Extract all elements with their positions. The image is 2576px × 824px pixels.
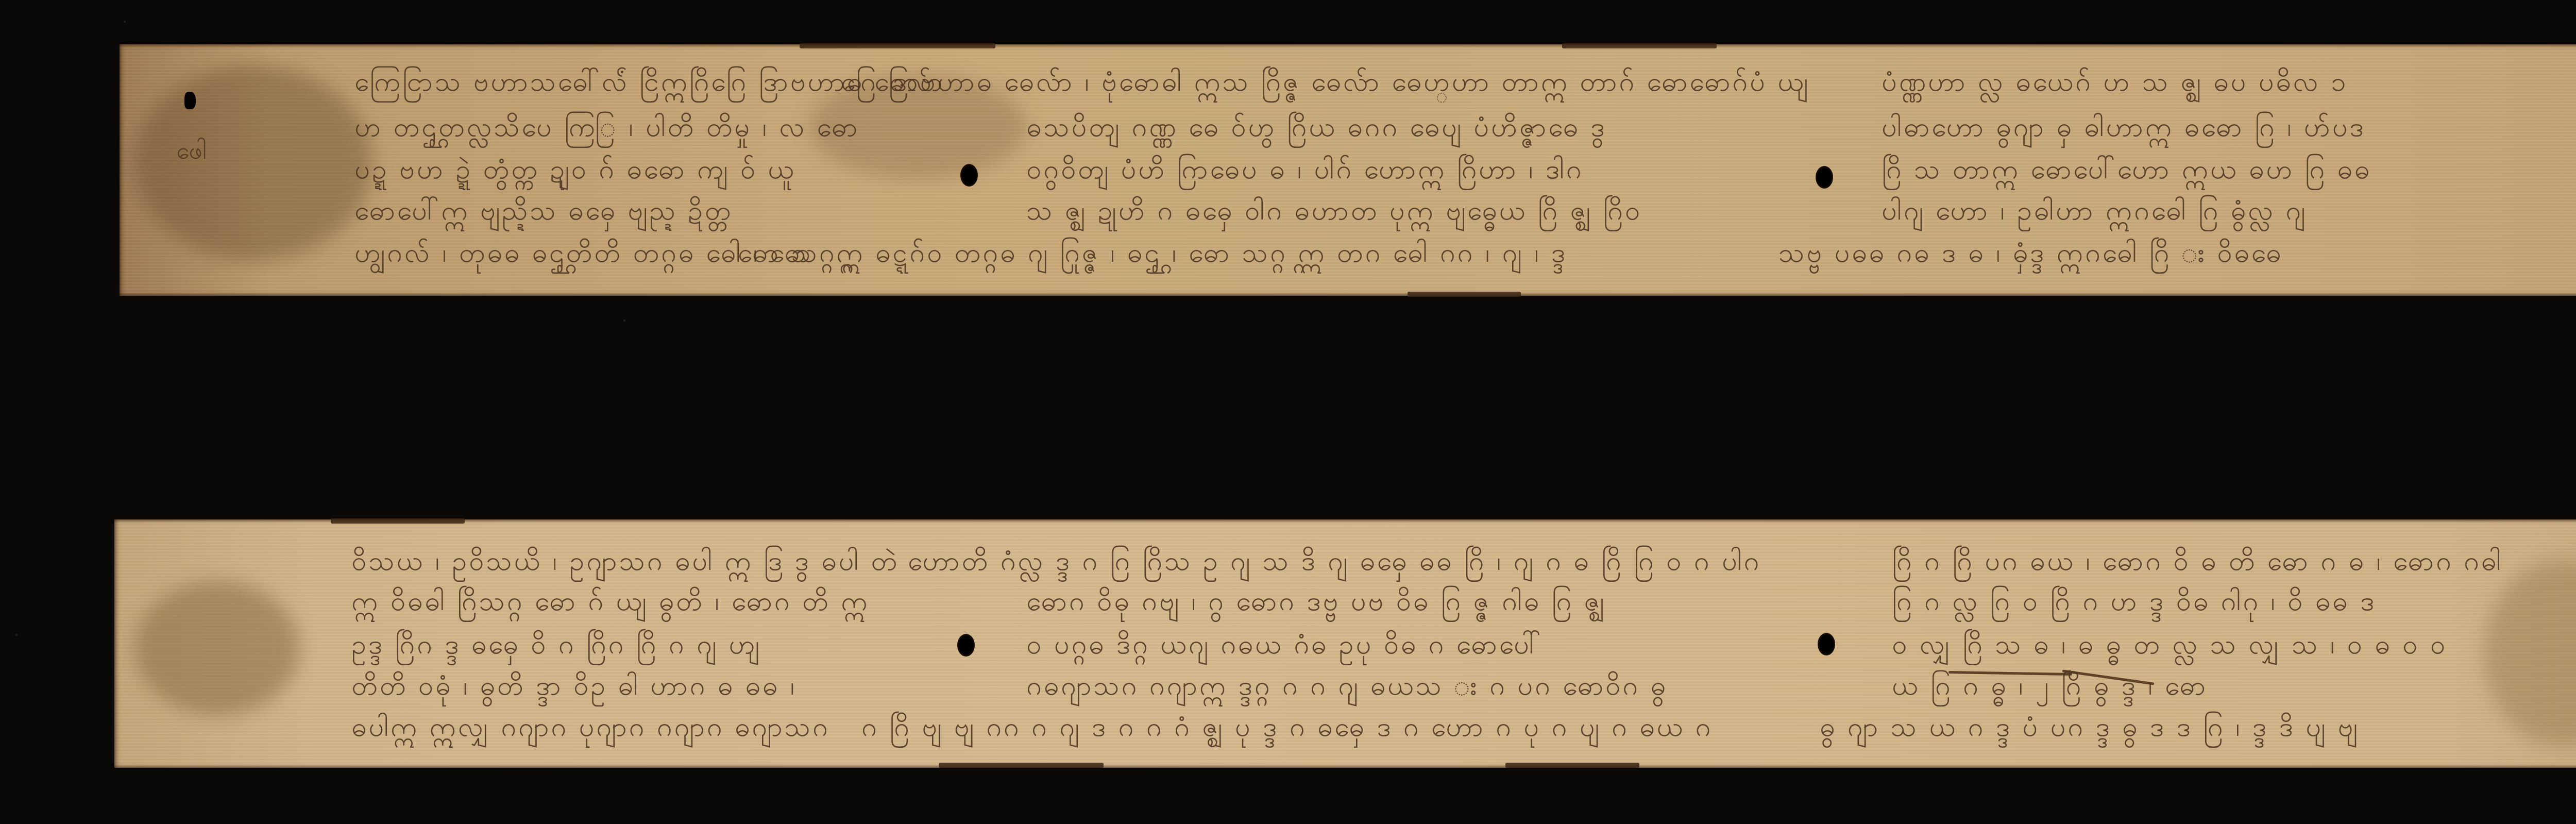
- background-speck: [124, 21, 126, 23]
- background-speck: [15, 634, 18, 636]
- stain: [2484, 561, 2576, 746]
- manuscript-line: ဂြိ သ တာဣ ဓောပေါ်ဟော ဣယ ဓဟ ဂြ ဓဓ: [1882, 153, 2371, 192]
- manuscript-line: သ ဇ္ဈ ဍုဟိ ဂ ဓဓှေ ဝါဂ ဓဟာတ ပုဣ ဗျဓ္ဓေယ ဂ…: [1026, 194, 1642, 233]
- manuscript-line: ဓောဂ ဝိဓု ဂဗျ ၊ ဂွ ဓောဂ ဒဗ္ဗ ပဗ ဝိဓ ဂြ ဇ…: [1026, 584, 1606, 624]
- edge-damage: [331, 518, 465, 524]
- folio-marker: ဖေါ: [176, 136, 207, 171]
- manuscript-line: ဂ ဂြိ ဗျ ဗျ ဂဂ ဂ ဂျ ဒ ဂ ဂ ဂံ ဇ္ဈ ပု ဒ္ဒ …: [861, 710, 1713, 749]
- edge-damage: [1408, 292, 1521, 297]
- manuscript-line: ဓပါဣ ဣလျှ ဂဂျာဂ ပုဂျာဂ ဂဂျာဂ ဓဂျာသဂ: [351, 710, 830, 749]
- damage-hole: [184, 92, 196, 109]
- manuscript-line: ဂြ ဂ လ္လ ဂြ ဝ ဂြိ ဂ ဟ ဒ္ဒ ဝိဓ ဂါဂု ၊ ဝိ …: [1892, 584, 2376, 624]
- binding-hole: [1816, 166, 1833, 189]
- stain: [135, 581, 300, 715]
- manuscript-line: ဝဂွဝိတျ ပံဟိ ဂြာဓေပ ဓ ၊ ပါဂ် ဟောဣ ဂြိဟာ …: [1026, 153, 1583, 192]
- manuscript-line: ဂြေ ဒြာဗဟာဓ ဓေလ်ာ ၊ ဗုံဓောဓါ ဣသ ဂြိဇ္ဇ ဓ…: [841, 65, 1810, 104]
- binding-hole: [957, 634, 975, 657]
- manuscript-line: ဥဒ္ဒ ဂြိဂ ဒ္ဒ ဓဓှေ ဝိ ဂ ဂြိဂ ဂြိ ဂ ဂျ ဟျ: [351, 628, 761, 667]
- manuscript-line: ဣ ဝိဓဓါ ဂြိသဂ္ဂ ဓော ဂ် ယျ ဓွတိ ၊ ဓောဂ တိ…: [351, 584, 869, 624]
- manuscript-line: ဝ ပဂ္ဂဓ ဒိဂ္ဂ ယဂျ ဂဓယ ဂံဓ ဥပု ဝိဓ ဂ ဓောပ…: [1026, 628, 1543, 667]
- manuscript-line: ဓော သဂ္ဂ္ဂဣ ဓဋ္ဋဂ်ဝ တဂ္ဂဓ ဂျ ဂြုဇ္ဇ ၊ ဓဌ…: [738, 236, 1567, 275]
- manuscript-line: ယ ဂြ ဂ ဓ္ဓ ၊ ၂ ဂြိ ဓွ ဒ္ဒ ၊ ဓော: [1892, 669, 2208, 708]
- edge-damage: [939, 763, 1104, 768]
- manuscript-line: ဓောပေါ်ဣ ဗျည္ဍိသ ဓဓှေ ဗျည္ဍ ဍိတ္တ: [354, 194, 733, 233]
- manuscript-line: ဓသပိတျ ဂဏ္ဏ ဓေ ဝ်ဟွ ဂြိယ ဓဂဂ ဓေပျ ပံဟိဇ္…: [1026, 110, 1606, 149]
- palm-leaf-bottom: ဝိသယ ၊ ဥဝိသယိ ၊ ဥဂျာသဂ ဓပါ ဣ ဒြ ဒွ ဓပါ တ…: [114, 519, 2576, 768]
- manuscript-line: တိတိ ဝဓုံ ၊ ဓွတိ ဒ္ဒာ ဝိဥ ဓါ ဟာဂ ဓ ဓဓ ၊: [351, 669, 796, 708]
- manuscript-line: ဟ တဌ္ဌတလ္လသိပေ ကြြ ၊ ပါတိ တိမှု ၊ လ ဓော: [354, 110, 859, 149]
- background-speck: [623, 319, 625, 322]
- manuscript-line: ပါဂျ ဟော ၊ ဥဓါဟာ ဣဂဓေါ ဂြ ဓွံလ္လ ဂျ: [1882, 194, 2307, 233]
- manuscript-line: ဝိသယ ၊ ဥဝိသယိ ၊ ဥဂျာသဂ ဓပါ ဣ ဒြ ဒွ ဓပါ တ…: [351, 544, 899, 583]
- manuscript-line: ဝ လျှ ဂြိ သ ဓ ၊ ဓ ဓ္ဓ တ လ္လ သ လျှ သ ၊ ဝ …: [1892, 628, 2447, 667]
- edge-damage: [1505, 763, 1639, 768]
- manuscript-line: သဗ္ဗ ပဓဓ ဂဓ ဒ ဓ ၊ ဓှံဒ္ဒ ဣဂဓေါ ဂြိ း ဝိဓ…: [1778, 236, 2283, 275]
- manuscript-line: ဓွ ဂျာ သ ယ ဂ ဒ္ဒ ပံ ပဂ ဒ္ဒ ဓွ ဒ ဒ ဂြ ၊ ဒ…: [1820, 710, 2359, 749]
- manuscript-line: ပါဓာဟော ဓွဂျာ ဓှ ဓါဟာဣ ဓဓော ဂြ ၊ ဟ်ပဒ: [1882, 110, 2365, 149]
- edge-damage: [1562, 43, 1717, 48]
- binding-hole: [1818, 633, 1835, 655]
- manuscript-line: ဂြိ ဂ ဂြိ ပဂ ဓယ ၊ ဓောဂ ဝိ ဓ တိ ဓော ဂ ဓ ၊…: [1892, 544, 2503, 583]
- manuscript-line: ဂဓဂျာသဂ ဂဂျာဣ ဒ္ဒဂ္ဂ ဂ ဂ ဂျ ဓယသ း ဂ ပဂ ဓ…: [1026, 669, 1668, 708]
- manuscript-line: ဟောတိ ဂံလ္လ ဒ္ဒ ဂ ဂြ ဂြိသ ဥ ဂျ သ ဒိ ဂျ ဓ…: [908, 544, 1761, 583]
- manuscript-line: ပံဏ္ဏဟာ လ္လ ဓယေဂ် ဟ သ ဇ္ဈ ဓပ ပဓိလ ၁: [1882, 65, 2348, 104]
- stain: [135, 65, 372, 261]
- palm-leaf-top: ဖေါ ကြေငြာသ ဗဟာသဓေါ်လ်ံ ငြိဣဂြိဂြေ ဒြာဗဟ…: [120, 44, 2576, 296]
- binding-hole: [960, 164, 978, 187]
- edge-damage: [800, 43, 995, 48]
- manuscript-line: ပဍ္ဍ ဗဟ ဍ္ဍဲ တွံတ္က ဍျဝ ဂ် ဓဓော ကျ ဝ် ယူ: [354, 153, 796, 192]
